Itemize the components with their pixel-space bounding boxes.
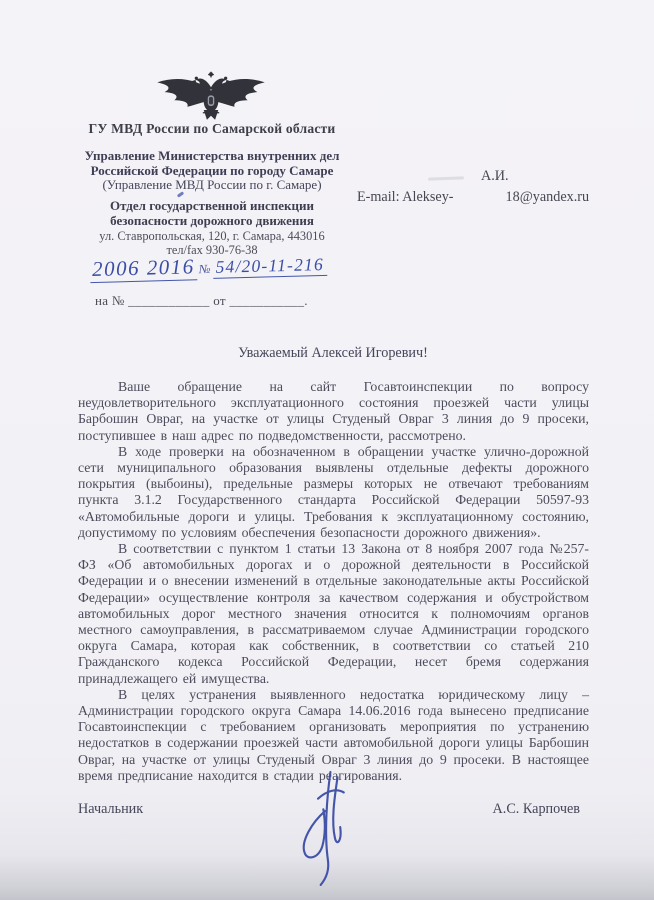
dept-line-1: Отдел государственной инспекции [58, 199, 366, 214]
handwritten-date: 2006 2016 [90, 254, 197, 283]
signer-title: Начальник [78, 801, 143, 818]
addressee-email-line: E-mail: Aleksey- 18@yandex.ru [357, 189, 589, 206]
double-headed-eagle-icon [154, 70, 268, 124]
paragraph-3: В соответствии с пунктом 1 статьи 13 Зак… [78, 541, 589, 687]
department-block: Отдел государственной инспекции безопасн… [58, 199, 366, 229]
paragraph-2: В ходе проверки на обозначенном в обраще… [78, 444, 589, 541]
incoming-ref-line: на № ____________ от ___________. [95, 293, 308, 309]
org-name-region: ГУ МВД России по Самарской области [58, 121, 366, 137]
handwritten-outgoing-number: 2006 2016№54/20-11-216 [90, 251, 327, 282]
email-start: E-mail: Aleksey- [357, 189, 454, 206]
address-line: ул. Ставропольская, 120, г. Самара, 4430… [58, 229, 366, 244]
mvd-eagle-emblem [154, 70, 268, 124]
number-sign: № [199, 262, 211, 276]
org-line-2: Российской Федерации по городу Самаре [58, 164, 366, 179]
dept-line-2: безопасности дорожного движения [58, 214, 366, 229]
org-line-1: Управление Министерства внутренних дел [58, 149, 366, 164]
addressee-initials: А.И. [481, 168, 509, 185]
salutation: Уважаемый Алексей Игоревич! [78, 345, 588, 362]
handwritten-signature [286, 768, 366, 888]
signer-name: А.С. Карпочев [493, 801, 580, 818]
org-name-block: Управление Министерства внутренних дел Р… [58, 149, 366, 193]
signature-icon [286, 768, 366, 888]
handwritten-ref-number: 54/20-11-216 [212, 254, 327, 279]
letter-body: Ваше обращение на сайт Госавтоинспекции … [78, 379, 589, 784]
email-end: 18@yandex.ru [506, 189, 590, 206]
redacted-name-smudge [428, 176, 464, 180]
org-line-3: (Управление МВД России по г. Самаре) [58, 178, 366, 193]
paragraph-1: Ваше обращение на сайт Госавтоинспекции … [78, 379, 589, 444]
scanned-letter-page: ГУ МВД России по Самарской области Управ… [0, 0, 654, 900]
